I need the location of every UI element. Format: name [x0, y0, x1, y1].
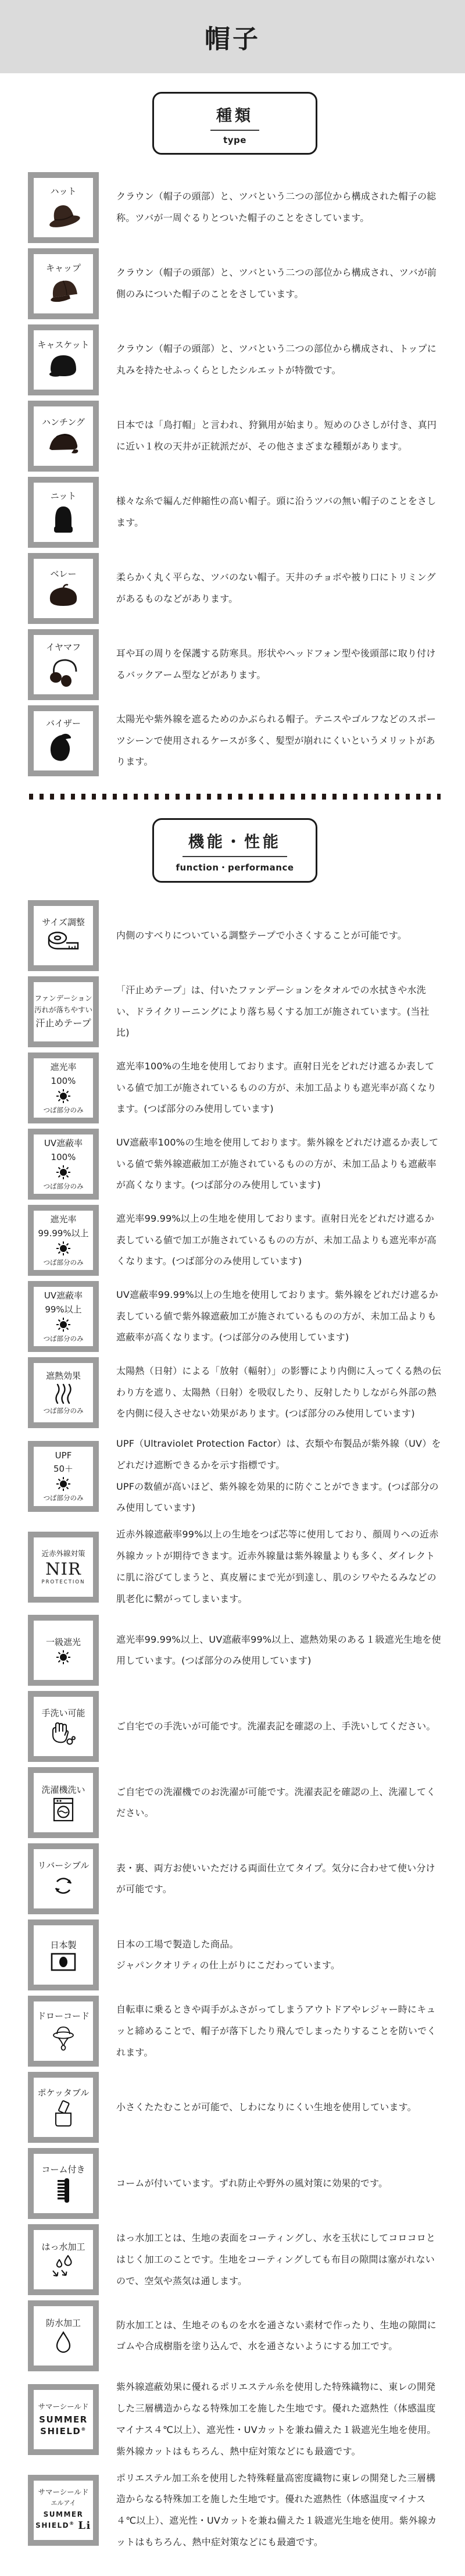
- casquette-icon: [46, 353, 81, 381]
- icon-box: イヤマフ: [28, 629, 99, 700]
- sun-icon: [56, 1165, 71, 1180]
- feature-row-upf50: UPF 50＋ つば部分のみ UPF（Ultraviolet Protectio…: [28, 1433, 442, 1519]
- icon-box: 防水加工: [28, 2300, 99, 2371]
- row-description: コームが付いています。ずれ防止や野外の風対策に効果的です。: [116, 2173, 442, 2195]
- feature-row-summer-shield-li: サマーシールド エルアイ SUMMER SHIELD® Li ポリエステル加工糸…: [28, 2468, 442, 2553]
- icon-label-value: 99%以上: [45, 1304, 81, 1315]
- row-description: 小さくたたむことが可能で、しわになりにくい生地を使用しています。: [116, 2097, 442, 2118]
- icon-box: 日本製: [28, 1919, 99, 1990]
- row-description: UV遮蔽率100%の生地を使用しております。紫外線をどれだけ遮るか表している値で…: [116, 1132, 442, 1196]
- icon-box: 手洗い可能: [28, 1691, 99, 1762]
- icon-box: ベレー: [28, 553, 99, 624]
- row-description: クラウン（帽子の頭部）と、ツバという二つの部位から構成され、ツバが前側のみについ…: [116, 262, 442, 305]
- icon-label: はっ水加工: [41, 2241, 85, 2253]
- icon-label: 遮光率: [50, 1214, 76, 1225]
- water-repellent-icon: [51, 2254, 76, 2279]
- feature-row-machine-wash: 洗濯機洗い ご自宅での洗濯機でのお洗濯が可能です。洗濯表記を確認の上、洗濯してく…: [28, 1767, 442, 1838]
- feature-row-uv-block-100: UV遮蔽率 100% つば部分のみ UV遮蔽率100%の生地を使用しております。…: [28, 1129, 442, 1200]
- drawcord-hat-icon: [49, 2024, 77, 2053]
- type-row-casquette: キャスケット クラウン（帽子の頭部）と、ツバという二つの部位から構成され、トップ…: [28, 324, 442, 395]
- row-description: 防水加工とは、生地そのものを水を通さない素材で作ったり、生地の隙間にゴムや合成樹…: [116, 2315, 442, 2358]
- row-description: 耳や耳の周りを保護する防寒具。形状やヘッドフォン型や後頭部に取り付けるバックアー…: [116, 643, 442, 686]
- section-heading-ja: 種類: [210, 103, 259, 131]
- row-description: 遮光率99.99%以上、UV遮蔽率99%以上、遮熱効果のある１級遮光生地を使用し…: [116, 1629, 442, 1672]
- type-row-hat: ハット クラウン（帽子の頭部）と、ツバという二つの部位から構成された帽子の総称。…: [28, 172, 442, 243]
- row-description: クラウン（帽子の頭部）と、ツバという二つの部位から構成され、トップに丸みを持たせ…: [116, 338, 442, 381]
- icon-box: 遮熱効果 つば部分のみ: [28, 1357, 99, 1428]
- feature-row-water-repellent: はっ水加工 はっ水加工とは、生地の表面をコーティングし、水を玉状にしてコロコロと…: [28, 2224, 442, 2295]
- icon-label: サマーシールド: [38, 2488, 88, 2497]
- row-description: ご自宅での洗濯機でのお洗濯が可能です。洗濯表記を確認の上、洗濯してください。: [116, 1782, 442, 1825]
- row-description: 様々な糸で編んだ伸縮性の高い帽子。頭に沿うツバの無い帽子のことをさします。: [116, 491, 442, 534]
- icon-box: ハット: [28, 172, 99, 243]
- icon-label: 洗濯機洗い: [41, 1784, 85, 1796]
- icon-box: キャスケット: [28, 324, 99, 395]
- icon-label-value: 100%: [51, 1151, 76, 1163]
- icon-label: UPF: [55, 1450, 72, 1461]
- icon-box: サマーシールド エルアイ SUMMER SHIELD® Li: [28, 2475, 99, 2546]
- icon-label: ポケッタブル: [38, 2087, 90, 2099]
- icon-box: 一級遮光: [28, 1615, 99, 1686]
- icon-box: ファンデーション 汚れが落ちやすい 汗止めテープ: [28, 976, 99, 1047]
- knit-cap-icon: [49, 504, 77, 534]
- icon-box: UV遮蔽率 100% つば部分のみ: [28, 1129, 99, 1200]
- icon-label: キャスケット: [37, 339, 89, 351]
- feature-row-sweat-tape: ファンデーション 汚れが落ちやすい 汗止めテープ 「汗止めテープ」は、付いたファ…: [28, 976, 442, 1047]
- japan-flag-icon: [51, 1953, 76, 1971]
- section-heading-function-performance: 機能・性能 function・performance: [152, 818, 317, 883]
- feature-row-waterproof: 防水加工 防水加工とは、生地そのものを水を通さない素材で作ったり、生地の隙間にゴ…: [28, 2300, 442, 2371]
- icon-label: バイザー: [46, 718, 81, 729]
- icon-label: サイズ調整: [42, 916, 85, 928]
- pocketable-icon: [52, 2100, 75, 2128]
- sun-icon: [56, 1650, 71, 1665]
- feature-row-first-class-shading: 一級遮光 遮光率99.99%以上、UV遮蔽率99%以上、遮熱効果のある１級遮光生…: [28, 1615, 442, 1686]
- measuring-tape-icon: [46, 930, 80, 955]
- icon-sub-label: つば部分のみ: [44, 1182, 84, 1191]
- hunting-cap-icon: [45, 430, 82, 456]
- type-row-beret: ベレー 柔らかく丸く平らな、ツバのない帽子。天井のチョボや被り口にトリミングがあ…: [28, 553, 442, 624]
- icon-label: UV遮蔽率: [44, 1137, 83, 1149]
- icon-label: イヤマフ: [46, 641, 81, 653]
- icon-sub-label: つば部分のみ: [44, 1406, 84, 1415]
- feature-row-heat-shield: 遮熱効果 つば部分のみ 太陽熱（日射）による「放射（輻射）」の影響により内側に入…: [28, 1357, 442, 1428]
- icon-label: 防水加工: [46, 2317, 81, 2329]
- hat-icon: [44, 199, 83, 230]
- icon-label-value: 50＋: [53, 1463, 73, 1475]
- icon-box: コーム付き: [28, 2148, 99, 2219]
- row-description: ポリエステル加工糸を使用した特殊軽量高密度織物に東レの開発した三層構造からなる特…: [116, 2468, 442, 2553]
- registered-mark: ®: [81, 2427, 87, 2432]
- type-row-earmuffs: イヤマフ 耳や耳の周りを保護する防寒具。形状やヘッドフォン型や後頭部に取り付ける…: [28, 629, 442, 700]
- beret-icon: [46, 582, 80, 609]
- icon-sub-label: つば部分のみ: [44, 1105, 84, 1115]
- icon-label-value: 100%: [51, 1075, 76, 1087]
- icon-label: 一級遮光: [46, 1636, 81, 1648]
- registered-mark: ®: [69, 2521, 75, 2526]
- icon-label: リバーシブル: [38, 1860, 90, 1871]
- feature-row-uv-block-99: UV遮蔽率 99%以上 つば部分のみ UV遮蔽率99.99%以上の生地を使用して…: [28, 1281, 442, 1352]
- row-description: 太陽熱（日射）による「放射（輻射）」の影響により内側に入ってくる熱の伝わり方を遮…: [116, 1361, 442, 1425]
- feature-row-drawcord: ドローコード 自転車に乗るときや両手がふさがってしまうアウトドアやレジャー時にキ…: [28, 1996, 442, 2067]
- icon-box: サマーシールド SUMMER SHIELD®: [28, 2384, 99, 2455]
- cap-icon: [45, 276, 81, 305]
- row-description: UPF（Ultraviolet Protection Factor）は、衣類や布…: [116, 1433, 442, 1519]
- icon-label: ハンチング: [42, 416, 85, 428]
- icon-label: キャップ: [46, 262, 81, 274]
- icon-box: 洗濯機洗い: [28, 1767, 99, 1838]
- reversible-arrows-icon: [51, 1873, 76, 1899]
- icon-label: ベレー: [50, 568, 76, 580]
- icon-box: ポケッタブル: [28, 2072, 99, 2143]
- icon-label: ドローコード: [37, 2010, 90, 2022]
- sun-icon: [56, 1317, 71, 1332]
- dotted-divider: [29, 794, 441, 800]
- heat-waves-icon: [54, 1383, 73, 1404]
- feature-row-size-adjust: サイズ調整 内側のすべりについている調整テープで小さくすることが可能です。: [28, 900, 442, 971]
- icon-label-value: 99.99%以上: [38, 1228, 88, 1239]
- icon-label: 日本製: [50, 1939, 76, 1951]
- icon-label: コーム付き: [41, 2164, 85, 2175]
- nir-logo-sub: PROTECTION: [42, 1579, 85, 1585]
- feature-row-hand-wash: 手洗い可能 ご自宅での手洗いが可能です。洗濯表記を確認の上、手洗いしてください。: [28, 1691, 442, 1762]
- icon-box: UV遮蔽率 99%以上 つば部分のみ: [28, 1281, 99, 1352]
- comb-icon: [56, 2177, 70, 2204]
- summer-shield-logo: SUMMER SHIELD®: [38, 2414, 88, 2438]
- type-row-hunting-cap: ハンチング 日本では「鳥打帽」と言われ、狩猟用が始まり。短めのひさしが付き、真円…: [28, 401, 442, 472]
- icon-label: 手洗い可能: [41, 1707, 85, 1719]
- row-description: 太陽光や紫外線を遮るためのかぶられる帽子。テニスやゴルフなどのスポーツシーンで使…: [116, 709, 442, 773]
- icon-label: 汚れが落ちやすい: [34, 1005, 92, 1015]
- type-row-cap: キャップ クラウン（帽子の頭部）と、ツバという二つの部位から構成され、ツバが前側…: [28, 248, 442, 319]
- row-description: 自転車に乗るときや両手がふさがってしまうアウトドアやレジャー時にキュッと締めるこ…: [116, 1999, 442, 2063]
- row-description: 内側のすべりについている調整テープで小さくすることが可能です。: [116, 925, 442, 947]
- section-heading-type: 種類 type: [152, 92, 317, 155]
- icon-box: ドローコード: [28, 1996, 99, 2067]
- icon-box: ニット: [28, 477, 99, 548]
- row-description: 日本では「鳥打帽」と言われ、狩猟用が始まり。短めのひさしが付き、真円に近い１枚の…: [116, 415, 442, 458]
- icon-sub-label: つば部分のみ: [44, 1334, 84, 1343]
- icon-label: ファンデーション: [34, 994, 92, 1004]
- icon-label: ニット: [51, 490, 76, 502]
- page-header: 帽子: [0, 0, 465, 73]
- washing-machine-icon: [53, 1797, 74, 1822]
- feature-row-shading-100: 遮光率 100% つば部分のみ 遮光率100%の生地を使用しております。直射日光…: [28, 1052, 442, 1123]
- icon-label-sub: エルアイ: [51, 2499, 76, 2508]
- icon-box: キャップ: [28, 248, 99, 319]
- icon-box: 遮光率 100% つば部分のみ: [28, 1052, 99, 1123]
- hand-wash-icon: [51, 1721, 76, 1746]
- row-description: クラウン（帽子の頭部）と、ツバという二つの部位から構成された帽子の総称。ツバが一…: [116, 186, 442, 229]
- summer-shield-li-logo: SUMMER SHIELD® Li: [35, 2510, 91, 2533]
- feature-row-nir-protection: 近赤外線対策 NIR PROTECTION 近赤外線遮蔽率99%以上の生地をつば…: [28, 1524, 442, 1610]
- section-heading-en: type: [159, 135, 311, 145]
- row-description: 柔らかく丸く平らな、ツバのない帽子。天井のチョボや被り口にトリミングがあるものな…: [116, 567, 442, 610]
- icon-box: 遮光率 99.99%以上 つば部分のみ: [28, 1205, 99, 1276]
- feature-row-shading-9999: 遮光率 99.99%以上 つば部分のみ 遮光率99.99%以上の生地を使用してお…: [28, 1205, 442, 1276]
- feature-row-summer-shield: サマーシールド SUMMER SHIELD® 紫外線遮蔽効果に優れるポリエステル…: [28, 2377, 442, 2462]
- nir-logo: NIR: [45, 1561, 81, 1578]
- row-description: 遮光率100%の生地を使用しております。直射日光をどれだけ遮るか表している値で加…: [116, 1056, 442, 1120]
- type-row-visor: バイザー 太陽光や紫外線を遮るためのかぶられる帽子。テニスやゴルフなどのスポーツ…: [28, 705, 442, 776]
- icon-box: リバーシブル: [28, 1843, 99, 1914]
- earmuffs-icon: [47, 655, 80, 688]
- page-title: 帽子: [205, 18, 260, 55]
- section-heading-en: function・performance: [159, 861, 311, 873]
- icon-label: 汗止めテープ: [35, 1017, 91, 1030]
- icon-label: サマーシールド: [38, 2402, 88, 2412]
- row-description: 近赤外線遮蔽率99%以上の生地をつば芯等に使用しており、顔周りへの近赤外線カット…: [116, 1524, 442, 1610]
- icon-box: 近赤外線対策 NIR PROTECTION: [28, 1532, 99, 1603]
- page-content: 種類 type ハット クラウン（帽子の頭部）と、ツバという二つの部位から構成さ…: [0, 92, 465, 2576]
- type-row-knit: ニット 様々な糸で編んだ伸縮性の高い帽子。頭に沿うツバの無い帽子のことをさします…: [28, 477, 442, 548]
- feature-row-comb: コーム付き コームが付いています。ずれ防止や野外の風対策に効果的です。: [28, 2148, 442, 2219]
- icon-label: UV遮蔽率: [44, 1290, 83, 1301]
- icon-label: ハット: [50, 185, 76, 197]
- sun-icon: [56, 1241, 71, 1256]
- icon-sub-label: つば部分のみ: [44, 1493, 84, 1503]
- row-description: 紫外線遮蔽効果に優れるポリエステル糸を使用した特殊織物に、東レの開発した三層構造…: [116, 2377, 442, 2462]
- row-description: 遮光率99.99%以上の生地を使用しております。直射日光をどれだけ遮るか表してい…: [116, 1208, 442, 1272]
- section-heading-ja: 機能・性能: [183, 829, 287, 857]
- row-description: 日本の工場で製造した商品。 ジャパンクオリティの仕上がりにこだわっています。: [116, 1934, 442, 1977]
- row-description: はっ水加工とは、生地の表面をコーティングし、水を玉状にしてコロコロとはじく加工の…: [116, 2228, 442, 2292]
- sun-icon: [56, 1476, 71, 1492]
- row-description: 「汗止めテープ」は、付いたファンデーションをタオルでの水拭きや水洗い、ドライクリ…: [116, 980, 442, 1044]
- visor-icon: [48, 732, 79, 764]
- waterproof-drop-icon: [54, 2331, 73, 2355]
- sun-icon: [56, 1089, 71, 1104]
- icon-label: 近赤外線対策: [41, 1549, 85, 1559]
- icon-sub-label: つば部分のみ: [44, 1258, 84, 1267]
- icon-box: ハンチング: [28, 401, 99, 472]
- icon-box: はっ水加工: [28, 2224, 99, 2295]
- feature-row-made-in-japan: 日本製 日本の工場で製造した商品。 ジャパンクオリティの仕上がりにこだわっていま…: [28, 1919, 442, 1990]
- icon-label: 遮光率: [50, 1061, 76, 1073]
- li-suffix: Li: [78, 2520, 91, 2532]
- icon-label: 遮熱効果: [46, 1370, 81, 1382]
- icon-box: サイズ調整: [28, 900, 99, 971]
- feature-row-pocketable: ポケッタブル 小さくたたむことが可能で、しわになりにくい生地を使用しています。: [28, 2072, 442, 2143]
- row-description: ご自宅での手洗いが可能です。洗濯表記を確認の上、手洗いしてください。: [116, 1716, 442, 1737]
- icon-box: UPF 50＋ つば部分のみ: [28, 1441, 99, 1512]
- feature-row-reversible: リバーシブル 表・裏、両方お使いいただける両面仕立てタイプ。気分に合わせて使い分…: [28, 1843, 442, 1914]
- row-description: UV遮蔽率99.99%以上の生地を使用しております。紫外線をどれだけ遮るか表して…: [116, 1285, 442, 1348]
- icon-box: バイザー: [28, 705, 99, 776]
- row-description: 表・裏、両方お使いいただける両面仕立てタイプ。気分に合わせて使い分けが可能です。: [116, 1858, 442, 1901]
